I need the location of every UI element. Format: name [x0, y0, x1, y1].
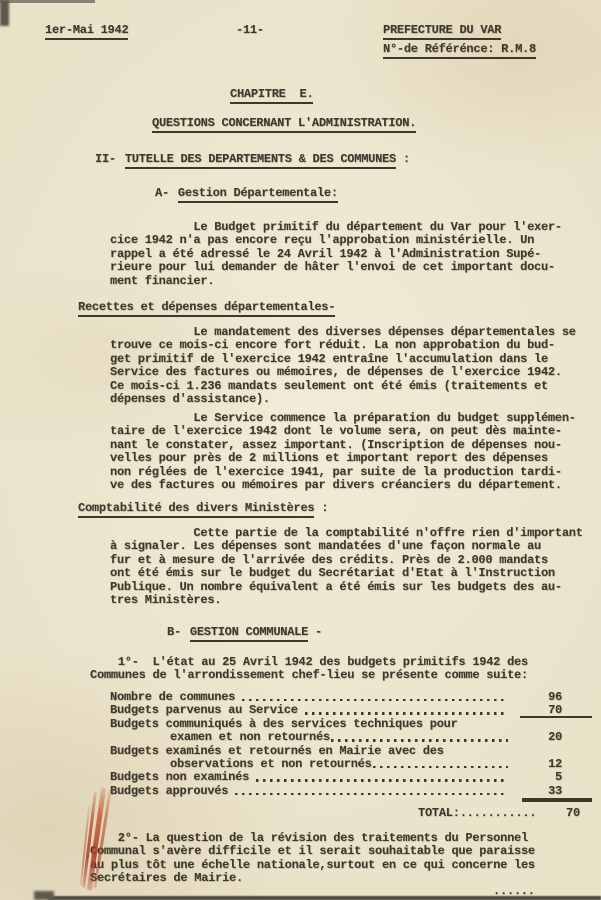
section-a-title: Gestion Départementale:	[178, 186, 338, 203]
section-b-suffix: -	[308, 625, 322, 639]
section-b-label: B-	[167, 625, 181, 639]
section-a-heading: A-Gestion Départementale:	[155, 187, 338, 200]
dotted-leader	[256, 779, 508, 781]
paragraph-point-1: 1°- L'état au 25 Avril 1942 des budgets …	[90, 656, 528, 683]
paragraph-mandatement: Le mandatement des diverses dépenses dép…	[110, 326, 576, 406]
table-value: 33	[510, 785, 562, 798]
scan-spot-bottom-left	[34, 891, 54, 900]
table-row: Budgets approuvés33	[110, 785, 562, 798]
section-ii-title: TUTELLE DES DEPARTEMENTS & DES COMMUNES	[125, 152, 396, 169]
document-date: 1er-Mai 1942	[45, 24, 128, 40]
reference-number: N°-de Référénce: R.M.8	[383, 43, 536, 59]
section-ii-heading: II-TUTELLE DES DEPARTEMENTS & DES COMMUN…	[95, 153, 410, 166]
paragraph-preparation-budget: Le Service commence la préparation du bu…	[110, 412, 576, 492]
section-ii-suffix: :	[396, 152, 410, 166]
recettes-heading: Recettes et dépenses départementales-	[78, 301, 335, 317]
table-row: Budgets parvenus au Service70	[110, 704, 562, 717]
comptabilite-heading: Comptabilité des divers Ministères :	[78, 502, 328, 515]
table-label: examen et non retournés	[170, 731, 330, 744]
page-number: -11-	[236, 24, 264, 37]
scanned-document: { "header": { "date": "1er-Mai 1942", "p…	[0, 0, 601, 900]
comptabilite-title: Comptabilité des divers Ministères	[78, 501, 314, 518]
chapter-subject: QUESTIONS CONCERNANT L'ADMINISTRATION.	[152, 117, 416, 133]
office-name: PREFECTURE DU VAR	[383, 24, 501, 40]
dotted-leader	[305, 712, 508, 714]
section-ii-numeral: II-	[95, 152, 116, 166]
total-label: TOTAL:...........	[418, 807, 536, 820]
paragraph-budget-primitif: Le Budget primitif du département du Var…	[110, 221, 562, 288]
paragraph-comptabilite: Cette partie de la comptabilité n'offre …	[110, 527, 583, 607]
table-row-continuation: examen et non retournés20	[110, 731, 562, 744]
section-b-heading: B-GESTION COMMUNALE -	[167, 626, 322, 639]
table-label: Budgets approuvés	[110, 785, 228, 798]
table-value: 5	[510, 771, 562, 784]
dotted-leader	[373, 766, 508, 768]
scan-corner-top-left	[0, 0, 9, 26]
dotted-leader	[331, 739, 508, 741]
comptabilite-suffix: :	[314, 501, 328, 515]
scan-edge-bottom	[48, 896, 601, 900]
section-a-label: A-	[155, 186, 169, 200]
table-value: 20	[510, 731, 562, 744]
budget-table: Nombre de communes96 Budgets parvenus au…	[110, 691, 562, 798]
table-row: Budgets non examinés5	[110, 771, 562, 784]
dotted-leader	[235, 793, 508, 795]
paragraph-point-2: 2°- La question de la révision des trait…	[90, 832, 535, 886]
subtotal-rule	[520, 716, 592, 718]
scan-edge-top	[0, 0, 95, 3]
section-b-title: GESTION COMMUNALE	[190, 625, 308, 642]
table-row: Budgets examinés et retournés en Mairie …	[110, 745, 562, 758]
table-label: Budgets examinés et retournés en Mairie …	[110, 745, 444, 758]
table-label: Budgets parvenus au Service	[110, 704, 298, 717]
total-value: 70	[566, 807, 580, 820]
chapter-title: CHAPITRE E.	[230, 88, 313, 104]
total-rule	[522, 798, 592, 802]
table-label: Budgets non examinés	[110, 771, 249, 784]
dotted-leader	[242, 699, 508, 701]
